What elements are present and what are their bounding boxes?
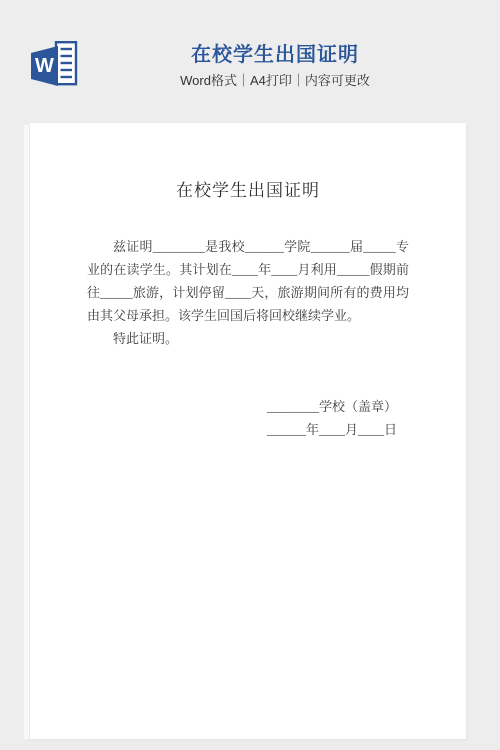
page-subtitle: Word格式｜A4打印｜内容可更改 bbox=[50, 73, 500, 89]
page-title: 在校学生出国证明 bbox=[50, 44, 500, 66]
preview-header: W 在校学生出国证明 Word格式｜A4打印｜内容可更改 bbox=[0, 0, 500, 123]
document-line: 兹证明________是我校______学院______届_____专 bbox=[87, 235, 409, 258]
document-title: 在校学生出国证明 bbox=[30, 123, 466, 203]
document-page: 在校学生出国证明 兹证明________是我校______学院______届__… bbox=[30, 123, 466, 739]
signature-school-line: ________学校（盖章） bbox=[87, 395, 397, 418]
document-line: 由其父母承担。该学生回国后将回校继续学业。 bbox=[87, 304, 409, 327]
document-line: 特此证明。 bbox=[87, 327, 409, 350]
document-content: 在校学生出国证明 兹证明________是我校______学院______届__… bbox=[30, 123, 466, 441]
signature-block: ________学校（盖章） ______年____月____日 bbox=[87, 395, 409, 441]
template-preview: W 在校学生出国证明 Word格式｜A4打印｜内容可更改 在校学生出国证明 兹证… bbox=[0, 0, 500, 750]
signature-date-line: ______年____月____日 bbox=[87, 418, 397, 441]
document-line: 往_____旅游，计划停留____天，旅游期间所有的费用均 bbox=[87, 281, 409, 304]
word-icon: W bbox=[30, 41, 78, 87]
document-body: 兹证明________是我校______学院______届_____专 业的在读… bbox=[87, 235, 409, 441]
document-line: 业的在读学生。其计划在____年____月利用_____假期前 bbox=[87, 258, 409, 281]
word-letter: W bbox=[35, 55, 54, 77]
word-sheet bbox=[56, 42, 76, 84]
